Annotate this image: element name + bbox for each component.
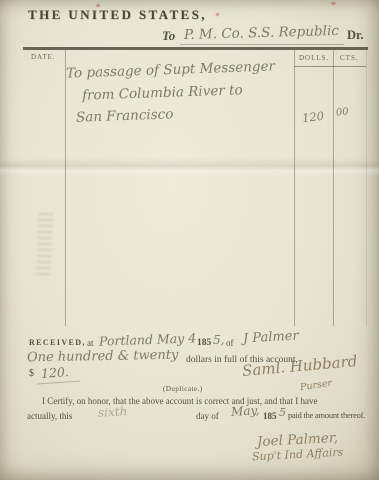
entry-line-2: from Columbia River to — [82, 82, 243, 104]
certify-day-of-label: day of — [196, 411, 219, 421]
debtor-name-handwritten: P. M. Co. S.S. Republic — [184, 23, 339, 43]
received-at-label: at — [87, 338, 94, 348]
amount-underline — [37, 381, 80, 385]
certify-month-handwritten: May, — [231, 403, 260, 419]
amount-header-underline — [294, 66, 366, 67]
certify-suffix: paid the amount thereof. — [288, 411, 365, 420]
paper-speck — [331, 2, 336, 5]
cts-column-header: CTS. — [340, 54, 359, 62]
paper-speck — [216, 13, 219, 16]
certify-year-handwritten: 5 — [279, 406, 286, 419]
table-line-right — [366, 50, 367, 326]
document-title: THE UNITED STATES, — [28, 7, 207, 23]
table-line-dolls — [294, 50, 295, 326]
debtor-underline — [180, 44, 344, 45]
received-of-label: of — [226, 338, 234, 348]
fold-crease — [0, 158, 379, 176]
table-top-rule — [23, 47, 368, 50]
received-place-date-handwritten: Portland May 4 — [99, 330, 197, 348]
certify-line-1: I Certify, on honor, that the above acco… — [42, 396, 317, 406]
table-line-date — [65, 50, 66, 326]
payer-name-handwritten: J Palmer — [243, 329, 299, 347]
received-year-handwritten: 5, — [213, 333, 224, 347]
amount-figures-handwritten: 120. — [41, 364, 70, 381]
to-label: To — [162, 28, 175, 44]
entry-line-3: San Francisco — [76, 106, 174, 125]
amount-words-handwritten: One hundred & twenty — [27, 348, 179, 366]
date-column-header: DATE. — [31, 53, 56, 61]
document-page: THE UNITED STATES, To P. M. Co. S.S. Rep… — [0, 0, 379, 480]
certify-actually-label: actually, this — [27, 411, 72, 421]
dolls-column-header: DOLLS. — [299, 54, 329, 62]
receiver-title-handwritten: Purser — [299, 378, 332, 393]
entry-amount-dollars: 120 — [301, 109, 324, 126]
duplicate-note: (Duplicate.) — [163, 385, 203, 393]
certify-day-handwritten: sixth — [98, 404, 128, 420]
bleedthrough-mark — [36, 213, 53, 275]
table-line-cts — [333, 50, 334, 326]
certify-year-printed: 185 — [263, 411, 277, 421]
entry-line-1: To passage of Supt Messenger — [66, 58, 275, 81]
received-year-printed: 185 — [197, 338, 211, 348]
received-label: RECEIVED, — [29, 338, 86, 347]
entry-amount-cents: 00 — [335, 106, 349, 118]
dollar-sign: $ — [29, 368, 34, 379]
dr-label: Dr. — [347, 28, 364, 43]
